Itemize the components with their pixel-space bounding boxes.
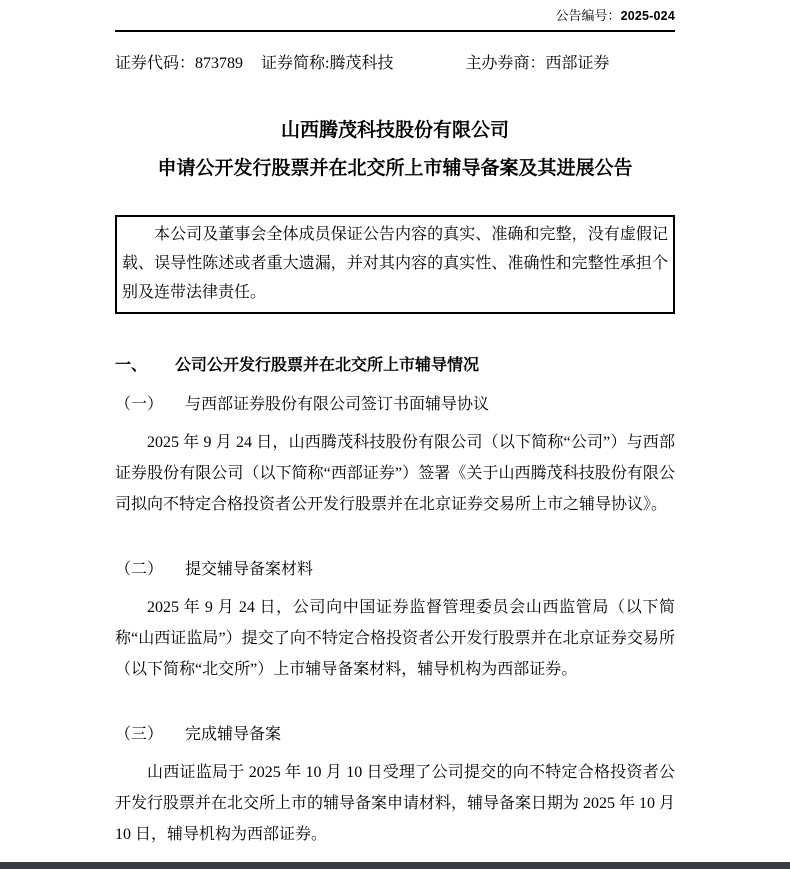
security-code-label: 证券代码：	[115, 55, 195, 72]
header-divider-rule	[115, 30, 675, 32]
subsection-1-title: 与西部证券股份有限公司签订书面辅导协议	[185, 396, 489, 413]
security-code-value: 873789	[195, 55, 243, 72]
security-short-name: 证券简称:腾茂科技	[261, 54, 393, 74]
section-1-heading: 一、公司公开发行股票并在北交所上市辅导情况	[115, 356, 675, 376]
section-1-number: 一、	[115, 356, 175, 376]
sponsor-broker-value: 西部证券	[546, 55, 610, 72]
subsection-3-title: 完成辅导备案	[185, 726, 281, 743]
announcement-number-label: 公告编号：	[556, 8, 621, 23]
document-title-line1: 山西腾茂科技股份有限公司	[115, 112, 675, 150]
security-info-row: 证券代码：873789 证券简称:腾茂科技 主办券商：西部证券	[115, 54, 675, 74]
disclaimer-box: 本公司及董事会全体成员保证公告内容的真实、准确和完整，没有虚假记载、误导性陈述或…	[115, 215, 675, 314]
sponsor-broker: 主办券商：西部证券	[465, 54, 609, 74]
subsection-3-number: （三）	[115, 725, 185, 745]
subsection-2-paragraph: 2025 年 9 月 24 日，公司向中国证券监督管理委员会山西监管局（以下简称…	[115, 592, 675, 685]
security-short-name-label: 证券简称:	[261, 55, 329, 72]
announcement-number: 2025-024	[621, 9, 675, 23]
subsection-3-heading: （三）完成辅导备案	[115, 725, 675, 745]
disclaimer-text: 本公司及董事会全体成员保证公告内容的真实、准确和完整，没有虚假记载、误导性陈述或…	[122, 220, 668, 307]
announcement-number-row: 公告编号：2025-024	[115, 0, 675, 24]
security-code: 证券代码：873789	[115, 54, 243, 74]
subsection-1-heading: （一）与西部证券股份有限公司签订书面辅导协议	[115, 395, 675, 415]
page-content: 公告编号：2025-024 证券代码：873789 证券简称:腾茂科技 主办券商…	[115, 0, 675, 850]
subsection-1-paragraph: 2025 年 9 月 24 日，山西腾茂科技股份有限公司（以下简称“公司”）与西…	[115, 427, 675, 520]
document-title-line2: 申请公开发行股票并在北交所上市辅导备案及其进展公告	[115, 150, 675, 188]
page-bottom-edge-bar	[0, 862, 790, 869]
subsection-1-number: （一）	[115, 395, 185, 415]
section-1-title: 公司公开发行股票并在北交所上市辅导情况	[175, 357, 479, 374]
subsection-2-number: （二）	[115, 560, 185, 580]
subsection-3-paragraph: 山西证监局于 2025 年 10 月 10 日受理了公司提交的向不特定合格投资者…	[115, 757, 675, 850]
announcement-page: 公告编号：2025-024 证券代码：873789 证券简称:腾茂科技 主办券商…	[0, 0, 790, 869]
security-short-name-value: 腾茂科技	[329, 55, 393, 72]
sponsor-broker-label: 主办券商：	[465, 55, 545, 72]
document-title: 山西腾茂科技股份有限公司 申请公开发行股票并在北交所上市辅导备案及其进展公告	[115, 112, 675, 188]
subsection-2-title: 提交辅导备案材料	[185, 561, 313, 578]
subsection-2-heading: （二）提交辅导备案材料	[115, 560, 675, 580]
